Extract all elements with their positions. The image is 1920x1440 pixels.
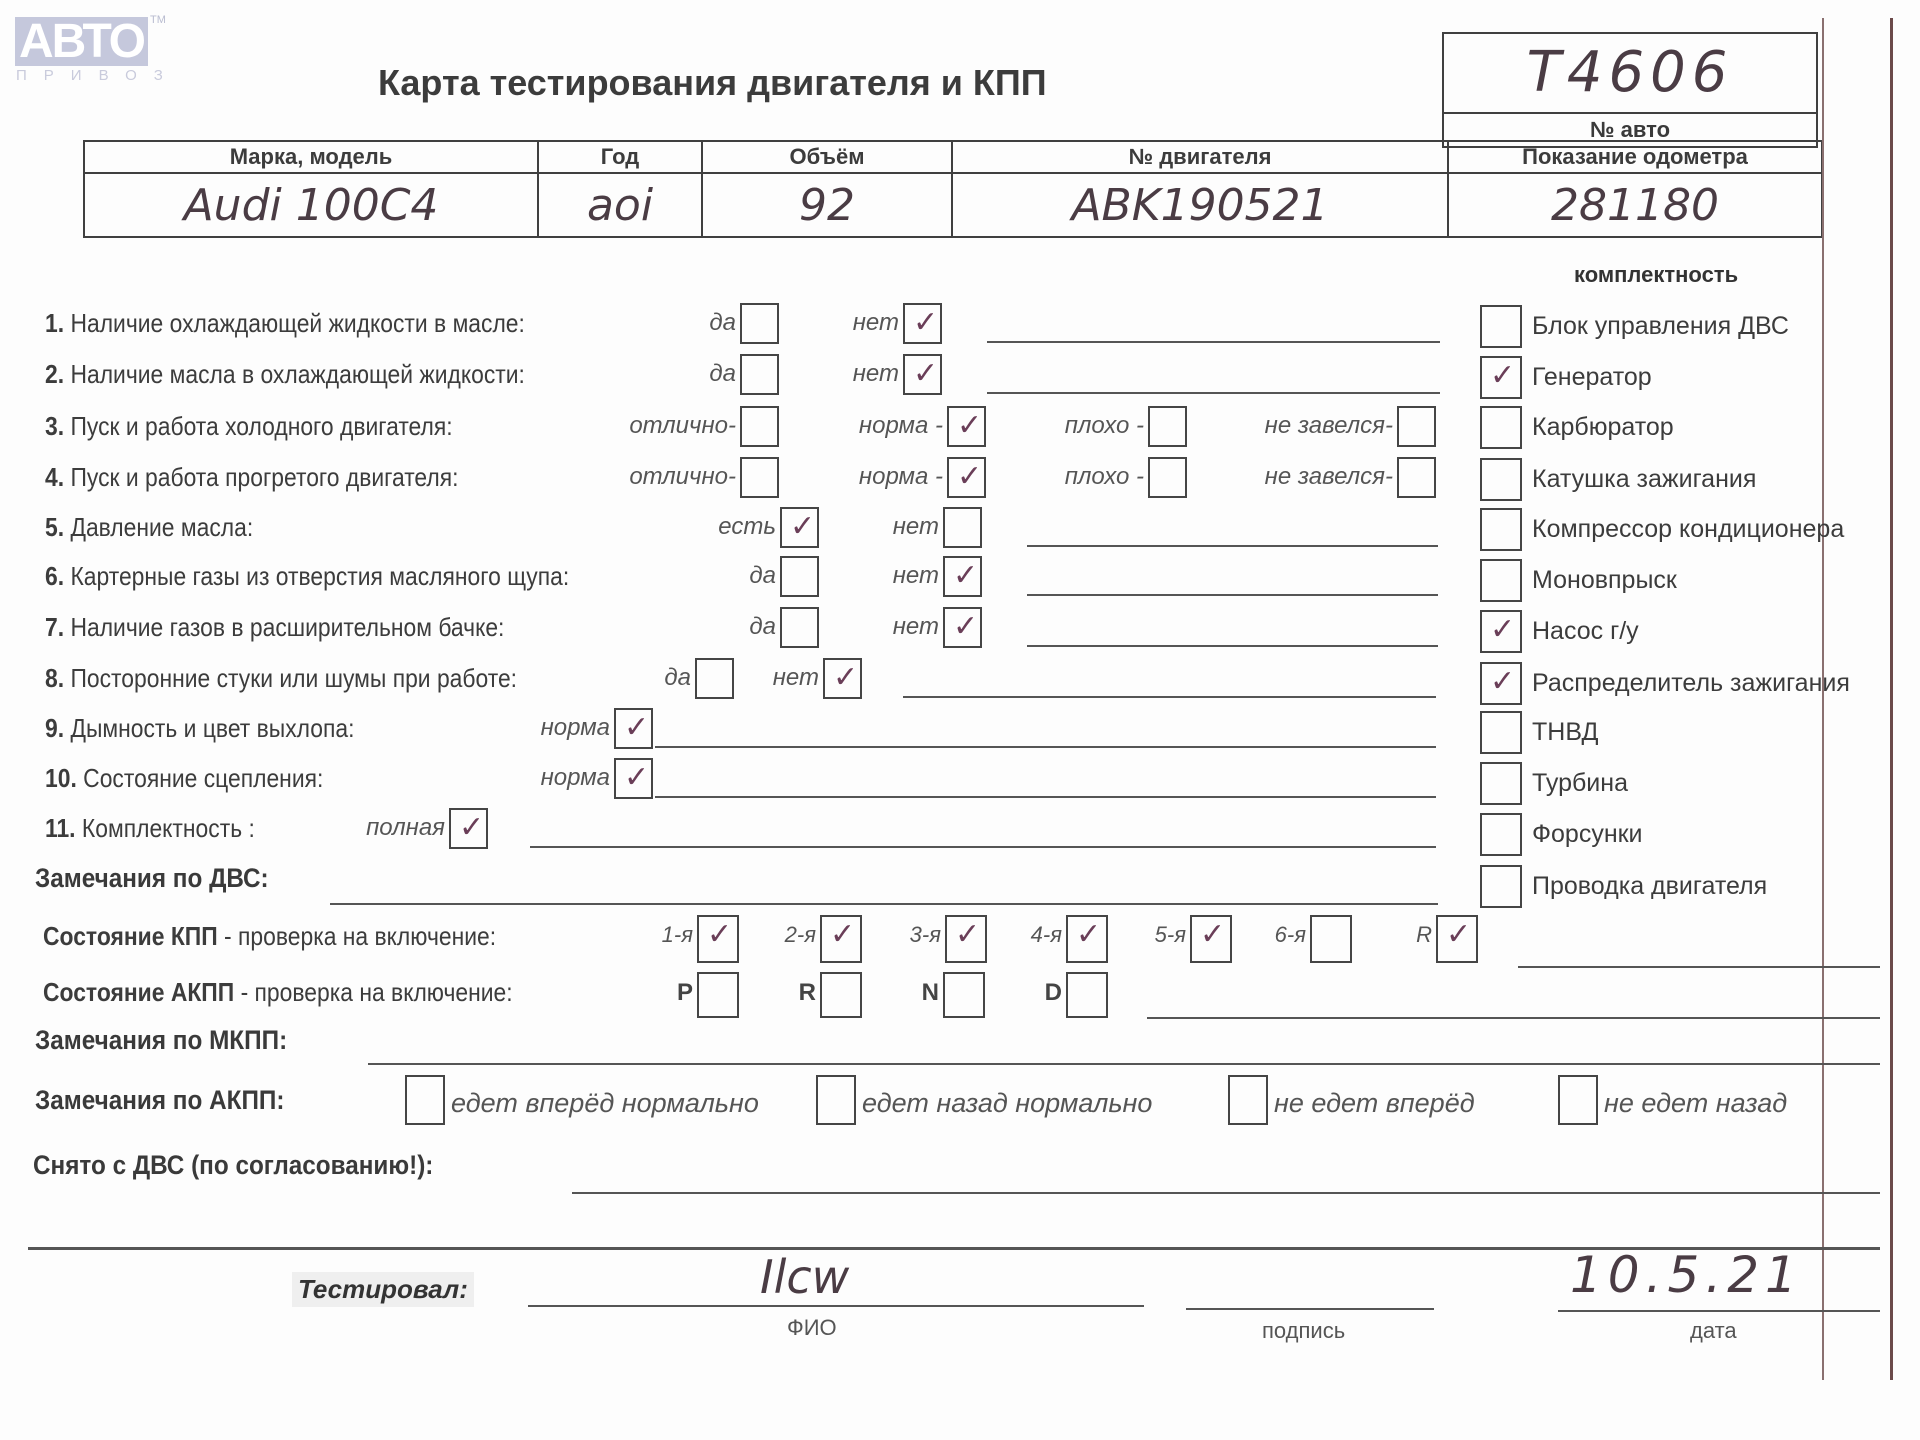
- question-number: 1.: [45, 308, 64, 338]
- manual-gearbox-label: Состояние КПП - проверка на включение:: [43, 921, 496, 952]
- check-mark-icon: ✓: [1446, 917, 1471, 953]
- gear-checkbox[interactable]: ✓: [1436, 915, 1478, 963]
- option-label: нет: [893, 513, 939, 541]
- completeness-title: комплектность: [1574, 262, 1738, 288]
- option-checkbox[interactable]: ✓: [780, 507, 819, 548]
- comment-field[interactable]: [1027, 545, 1438, 547]
- trademark-mark: TM: [150, 14, 166, 26]
- date-caption: дата: [1690, 1318, 1737, 1344]
- option-label: нет: [853, 309, 899, 337]
- position-checkbox[interactable]: [820, 972, 862, 1018]
- gear-checkbox[interactable]: ✓: [697, 915, 739, 963]
- check-mark-icon: ✓: [953, 609, 978, 645]
- gear-checkbox[interactable]: ✓: [1066, 915, 1108, 963]
- question-label: Наличие масла в охлаждающей жидкости:: [70, 359, 524, 389]
- volume-value[interactable]: 92: [702, 173, 952, 237]
- completeness-item-label: Карбюратор: [1532, 413, 1674, 442]
- option-label: не завелся-: [1265, 412, 1393, 440]
- option-label: да: [709, 360, 736, 388]
- option-checkbox[interactable]: [780, 556, 819, 597]
- position-checkbox[interactable]: [1066, 972, 1108, 1018]
- option-checkbox[interactable]: ✓: [943, 556, 982, 597]
- question-number: 5.: [45, 512, 64, 542]
- column-header-year: Год: [538, 141, 702, 173]
- date-field[interactable]: [1558, 1310, 1880, 1312]
- check-mark-icon: ✓: [1076, 917, 1101, 953]
- option-checkbox[interactable]: ✓: [614, 758, 653, 799]
- auto-number-box: T4606 № авто: [1442, 32, 1818, 148]
- comment-field[interactable]: [987, 341, 1440, 343]
- remarks-auto-checkbox[interactable]: [1558, 1075, 1598, 1125]
- option-label: норма -: [859, 463, 943, 491]
- comment-field[interactable]: [903, 696, 1436, 698]
- gear-label: 3-я: [910, 922, 941, 948]
- gear-checkbox[interactable]: [1310, 915, 1352, 963]
- option-label: нет: [893, 613, 939, 641]
- check-mark-icon: ✓: [459, 810, 484, 846]
- option-label: есть: [718, 513, 776, 541]
- completeness-item-label: Форсунки: [1532, 820, 1643, 849]
- option-checkbox[interactable]: [943, 507, 982, 548]
- check-question: 3. Пуск и работа холодного двигателя:: [45, 411, 453, 442]
- position-checkbox[interactable]: [943, 972, 985, 1018]
- question-label: Пуск и работа прогретого двигателя:: [70, 462, 458, 492]
- option-checkbox[interactable]: [1397, 406, 1436, 447]
- completeness-item-label: Компрессор кондиционера: [1532, 515, 1844, 544]
- option-label: отлично-: [629, 463, 736, 491]
- position-label: D: [1045, 979, 1062, 1007]
- position-label: R: [799, 979, 816, 1007]
- option-checkbox[interactable]: [1148, 406, 1187, 447]
- completeness-checkbox[interactable]: ✓: [1480, 662, 1522, 705]
- check-question: 2. Наличие масла в охлаждающей жидкости:: [45, 359, 525, 390]
- question-label: Комплектность :: [82, 813, 255, 843]
- page-title: Карта тестирования двигателя и КПП: [378, 62, 1047, 104]
- completeness-item-label: Распределитель зажигания: [1532, 669, 1850, 698]
- check-mark-icon: ✓: [953, 558, 978, 594]
- completeness-item-label: ТНВД: [1532, 718, 1598, 747]
- question-number: 2.: [45, 359, 64, 389]
- removed-field[interactable]: [572, 1192, 1880, 1194]
- question-label: Картерные газы из отверстия масляного щу…: [70, 561, 569, 591]
- check-question: 8. Посторонние стуки или шумы при работе…: [45, 663, 517, 694]
- gear-label: 4-я: [1031, 922, 1062, 948]
- question-number: 9.: [45, 713, 64, 743]
- option-checkbox[interactable]: ✓: [823, 658, 862, 699]
- completeness-checkbox[interactable]: [1480, 508, 1522, 551]
- tested-label: Тестировал:: [292, 1272, 474, 1307]
- option-label: плохо -: [1065, 463, 1144, 491]
- check-mark-icon: ✓: [913, 356, 938, 392]
- option-checkbox[interactable]: ✓: [947, 457, 986, 498]
- option-label: да: [749, 613, 776, 641]
- tester-name-field[interactable]: [528, 1305, 1144, 1307]
- tester-name-value[interactable]: Ilcw: [760, 1250, 849, 1304]
- check-question: 11. Комплектность :: [45, 813, 255, 844]
- question-label: Наличие газов в расширительном бачке:: [70, 612, 504, 642]
- option-checkbox[interactable]: [1397, 457, 1436, 498]
- option-checkbox[interactable]: [740, 354, 779, 395]
- model-value[interactable]: Audi 100C4: [84, 173, 538, 237]
- question-label: Давление масла:: [70, 512, 253, 542]
- comment-field[interactable]: [987, 392, 1440, 394]
- brand-logo: АВТО: [15, 17, 148, 66]
- option-label: полная: [366, 814, 445, 842]
- remarks-auto-option-label: не едет вперёд: [1274, 1088, 1475, 1119]
- position-checkbox[interactable]: [697, 972, 739, 1018]
- comment-field[interactable]: [1027, 594, 1438, 596]
- vehicle-info-table: Марка, модель Год Объём № двигателя Пока…: [83, 140, 1823, 238]
- option-checkbox[interactable]: ✓: [943, 607, 982, 648]
- question-label: Пуск и работа холодного двигателя:: [70, 411, 452, 441]
- question-number: 6.: [45, 561, 64, 591]
- check-mark-icon: ✓: [1490, 664, 1515, 700]
- option-checkbox[interactable]: [695, 658, 734, 699]
- check-question: 7. Наличие газов в расширительном бачке:: [45, 612, 504, 643]
- completeness-item-label: Катушка зажигания: [1532, 465, 1756, 494]
- option-checkbox[interactable]: ✓: [947, 406, 986, 447]
- check-mark-icon: ✓: [624, 760, 649, 796]
- position-label: N: [922, 979, 939, 1007]
- option-label: норма: [541, 764, 610, 792]
- check-question: 6. Картерные газы из отверстия масляного…: [45, 561, 569, 592]
- option-label: плохо -: [1065, 412, 1144, 440]
- completeness-checkbox[interactable]: ✓: [1480, 356, 1522, 399]
- gear-checkbox[interactable]: ✓: [945, 915, 987, 963]
- manual-gearbox-note-field[interactable]: [1518, 966, 1880, 968]
- auto-number-value[interactable]: T4606: [1444, 34, 1816, 114]
- check-mark-icon: ✓: [1490, 358, 1515, 394]
- completeness-item-label: Проводка двигателя: [1532, 872, 1767, 901]
- remarks-manual-field[interactable]: [368, 1063, 1880, 1065]
- position-label: P: [677, 979, 693, 1007]
- option-label: не завелся-: [1265, 463, 1393, 491]
- column-header-volume: Объём: [702, 141, 952, 173]
- question-label: Состояние сцепления:: [83, 763, 323, 793]
- question-number: 11.: [45, 813, 76, 843]
- remarks-engine-field[interactable]: [330, 903, 1438, 905]
- completeness-item-label: Моновпрыск: [1532, 566, 1677, 595]
- remarks-auto-option-label: едет назад нормально: [862, 1088, 1152, 1119]
- remarks-manual-label: Замечания по МКПП:: [35, 1025, 287, 1056]
- remarks-auto-checkbox[interactable]: [1228, 1075, 1268, 1125]
- option-checkbox[interactable]: [780, 607, 819, 648]
- gear-label: 2-я: [785, 922, 816, 948]
- check-mark-icon: ✓: [707, 917, 732, 953]
- completeness-checkbox[interactable]: [1480, 711, 1522, 754]
- completeness-checkbox[interactable]: ✓: [1480, 610, 1522, 653]
- question-number: 4.: [45, 462, 64, 492]
- comment-field[interactable]: [655, 796, 1436, 798]
- column-header-odometer: Показание одометра: [1448, 141, 1822, 173]
- brand-subtitle: ПРИВОЗ: [16, 67, 180, 84]
- completeness-checkbox[interactable]: [1480, 813, 1522, 856]
- completeness-checkbox[interactable]: [1480, 305, 1522, 348]
- remarks-auto-checkbox[interactable]: [816, 1075, 856, 1125]
- option-checkbox[interactable]: ✓: [903, 354, 942, 395]
- question-label: Наличие охлаждающей жидкости в масле:: [70, 308, 524, 338]
- completeness-item-label: Насос г/у: [1532, 617, 1639, 646]
- check-question: 5. Давление масла:: [45, 512, 253, 543]
- check-question: 4. Пуск и работа прогретого двигателя:: [45, 462, 458, 493]
- check-mark-icon: ✓: [790, 509, 815, 545]
- year-value[interactable]: aoi: [538, 173, 702, 237]
- auto-gearbox-label: Состояние АКПП - проверка на включение:: [43, 977, 513, 1008]
- option-checkbox[interactable]: ✓: [449, 808, 488, 849]
- date-value[interactable]: 10.5.21: [1570, 1246, 1803, 1304]
- completeness-checkbox[interactable]: [1480, 406, 1522, 449]
- option-checkbox[interactable]: [740, 303, 779, 344]
- comment-field[interactable]: [1027, 645, 1438, 647]
- gear-checkbox[interactable]: ✓: [1190, 915, 1232, 963]
- completeness-item-label: Генератор: [1532, 363, 1652, 392]
- option-label: нет: [773, 664, 819, 692]
- option-checkbox[interactable]: ✓: [614, 708, 653, 749]
- gear-checkbox[interactable]: ✓: [820, 915, 862, 963]
- option-label: отлично-: [629, 412, 736, 440]
- option-checkbox[interactable]: [740, 457, 779, 498]
- question-label: Дымность и цвет выхлопа:: [70, 713, 354, 743]
- completeness-checkbox[interactable]: [1480, 865, 1522, 908]
- option-checkbox[interactable]: [740, 406, 779, 447]
- column-header-model: Марка, модель: [84, 141, 538, 173]
- signature-field[interactable]: [1186, 1308, 1434, 1310]
- gear-label: 5-я: [1155, 922, 1186, 948]
- completeness-checkbox[interactable]: [1480, 559, 1522, 602]
- check-mark-icon: ✓: [1200, 917, 1225, 953]
- right-border-line: [1822, 18, 1824, 1380]
- comment-field[interactable]: [530, 846, 1436, 848]
- check-question: 10. Состояние сцепления:: [45, 763, 323, 794]
- option-label: да: [709, 309, 736, 337]
- odometer-value[interactable]: 281180: [1448, 173, 1822, 237]
- column-header-engine-number: № двигателя: [952, 141, 1448, 173]
- signature-caption: подпись: [1262, 1318, 1345, 1344]
- comment-field[interactable]: [655, 746, 1436, 748]
- check-question: 9. Дымность и цвет выхлопа:: [45, 713, 354, 744]
- question-number: 3.: [45, 411, 64, 441]
- question-number: 7.: [45, 612, 64, 642]
- gear-label: 1-я: [662, 922, 693, 948]
- check-mark-icon: ✓: [624, 710, 649, 746]
- completeness-item-label: Блок управления ДВС: [1532, 312, 1789, 341]
- option-label: норма -: [859, 412, 943, 440]
- question-label: Посторонние стуки или шумы при работе:: [70, 663, 517, 693]
- option-label: да: [664, 664, 691, 692]
- option-checkbox[interactable]: [1148, 457, 1187, 498]
- option-label: нет: [893, 562, 939, 590]
- completeness-checkbox[interactable]: [1480, 762, 1522, 805]
- gear-label: R: [1416, 922, 1432, 948]
- page-edge-line: [1890, 18, 1893, 1380]
- remarks-auto-checkbox[interactable]: [405, 1075, 445, 1125]
- check-mark-icon: ✓: [957, 408, 982, 444]
- check-mark-icon: ✓: [957, 459, 982, 495]
- question-number: 8.: [45, 663, 64, 693]
- auto-gearbox-note-field[interactable]: [1147, 1017, 1880, 1019]
- option-checkbox[interactable]: ✓: [903, 303, 942, 344]
- check-mark-icon: ✓: [830, 917, 855, 953]
- check-mark-icon: ✓: [1490, 612, 1515, 648]
- option-label: нет: [853, 360, 899, 388]
- tester-name-caption: ФИО: [787, 1315, 837, 1341]
- completeness-item-label: Турбина: [1532, 769, 1628, 798]
- check-mark-icon: ✓: [913, 305, 938, 341]
- option-label: да: [749, 562, 776, 590]
- remarks-engine-label: Замечания по ДВС:: [35, 863, 269, 894]
- check-question: 1. Наличие охлаждающей жидкости в масле:: [45, 308, 525, 339]
- question-number: 10.: [45, 763, 77, 793]
- remarks-auto-option-label: едет вперёд нормально: [451, 1088, 759, 1119]
- completeness-checkbox[interactable]: [1480, 458, 1522, 501]
- option-label: норма: [541, 714, 610, 742]
- remarks-auto-label: Замечания по АКПП:: [35, 1085, 284, 1116]
- check-mark-icon: ✓: [833, 660, 858, 696]
- removed-label: Снято с ДВС (по согласованию!):: [33, 1150, 433, 1181]
- gear-label: 6-я: [1275, 922, 1306, 948]
- check-mark-icon: ✓: [955, 917, 980, 953]
- engine-number-value[interactable]: ABK190521: [952, 173, 1448, 237]
- remarks-auto-option-label: не едет назад: [1604, 1088, 1787, 1119]
